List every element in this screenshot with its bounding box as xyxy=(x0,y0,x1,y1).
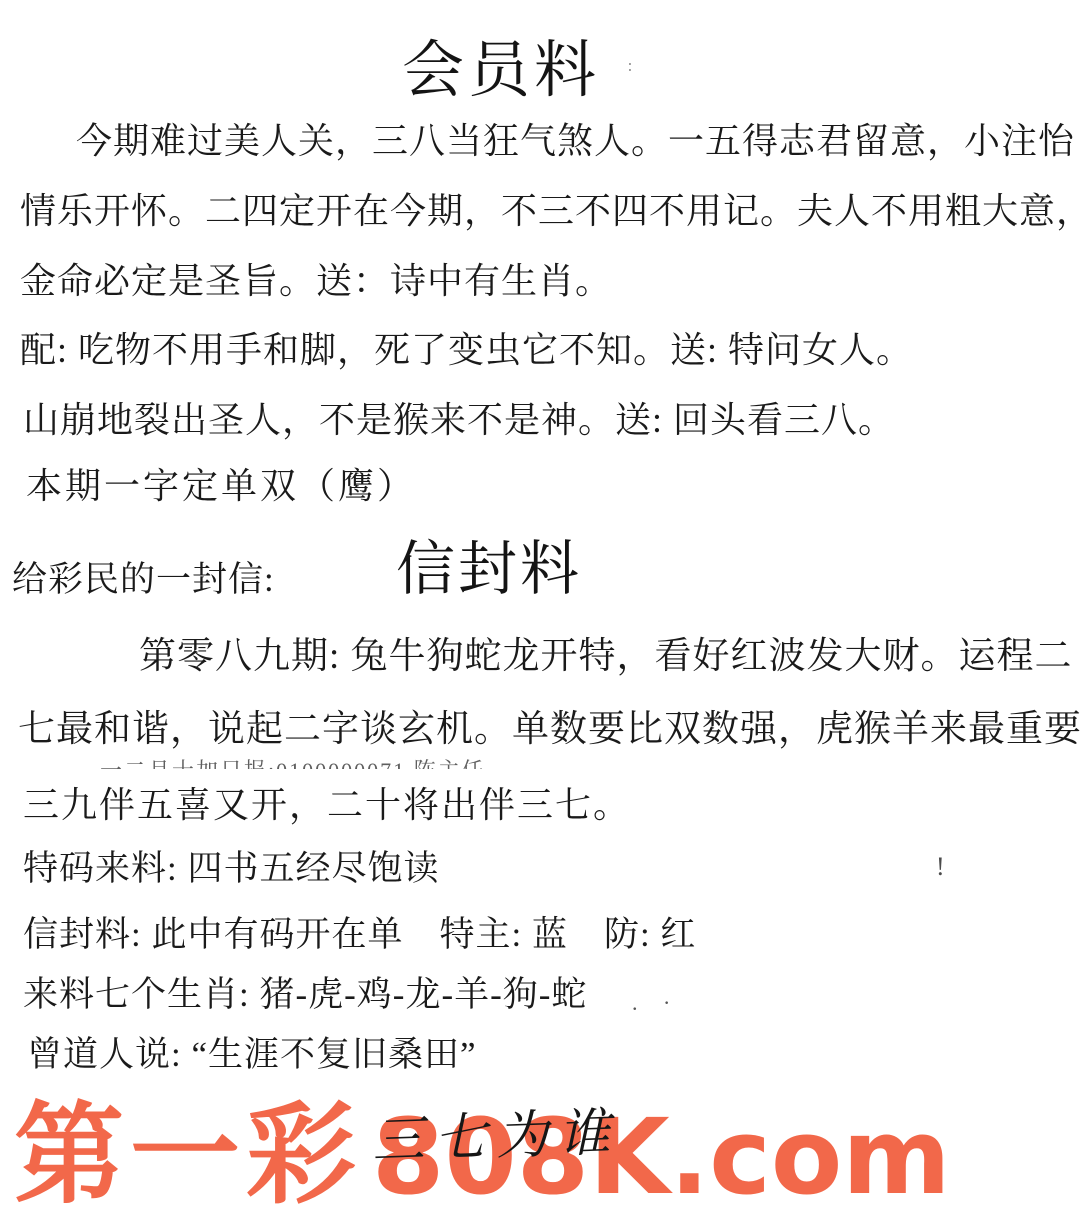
footer-heading: 三七为谁 xyxy=(371,1090,621,1174)
member-text-line: 情乐开怀。二四定开在今期，不三不四不用记。夫人不用粗大意， xyxy=(20,192,1080,232)
scan-stray-dots: . · xyxy=(632,990,680,1016)
member-text-line: 配: 吃物不用手和脚，死了变虫它不知。送: 特问女人。 xyxy=(20,331,913,371)
envelope-text-line: 第零八九期: 兔牛狗蛇龙开特，看好红波发大财。运程二 xyxy=(139,637,1073,678)
envelope-text-line: 七最和谐，说起二字谈玄机。单数要比双数强，虎猴羊来最重要。 xyxy=(18,710,1080,751)
member-text-line: 山崩地裂出圣人，不是猴来不是神。送: 回头看三八。 xyxy=(23,401,895,441)
special-code-line: 特码来料: 四书五经尽饱读 xyxy=(23,850,439,889)
faint-clipped-scan-line: 一二月十加日报:0100000071 陈主任 xyxy=(100,754,486,769)
scan-stray-mark: ! xyxy=(936,852,945,882)
member-odd-even-line: 本期一字定单双（鹰） xyxy=(26,467,416,507)
envelope-intro-line: 给彩民的一封信: xyxy=(12,561,275,600)
envelope-section-title: 信封料 xyxy=(396,521,582,606)
quote-line: 曾道人说: “生涯不复旧桑田” xyxy=(27,1036,477,1075)
zodiac-list-line: 来料七个生肖: 猪-虎-鸡-龙-羊-狗-蛇 xyxy=(23,976,587,1015)
envelope-text-line: 三九伴五喜又开，二十将出伴三七。 xyxy=(23,786,631,826)
member-section-title: 会员料 xyxy=(402,20,600,109)
envelope-code-line: 信封料: 此中有码开在单 特主: 蓝 防: 红 xyxy=(23,916,696,955)
member-text-line: 今期难过美人关，三八当狂气煞人。一五得志君留意，小注怡 xyxy=(76,122,1075,162)
scan-smudge-mark: ∶ xyxy=(628,58,632,77)
scanned-document-page: 会员料 ∶ 今期难过美人关，三八当狂气煞人。一五得志君留意，小注怡 情乐开怀。二… xyxy=(0,0,1080,1212)
member-text-line: 金命必定是圣旨。送：诗中有生肖。 xyxy=(20,262,612,302)
watermark-chinese-text: 第一彩 xyxy=(14,1095,362,1212)
